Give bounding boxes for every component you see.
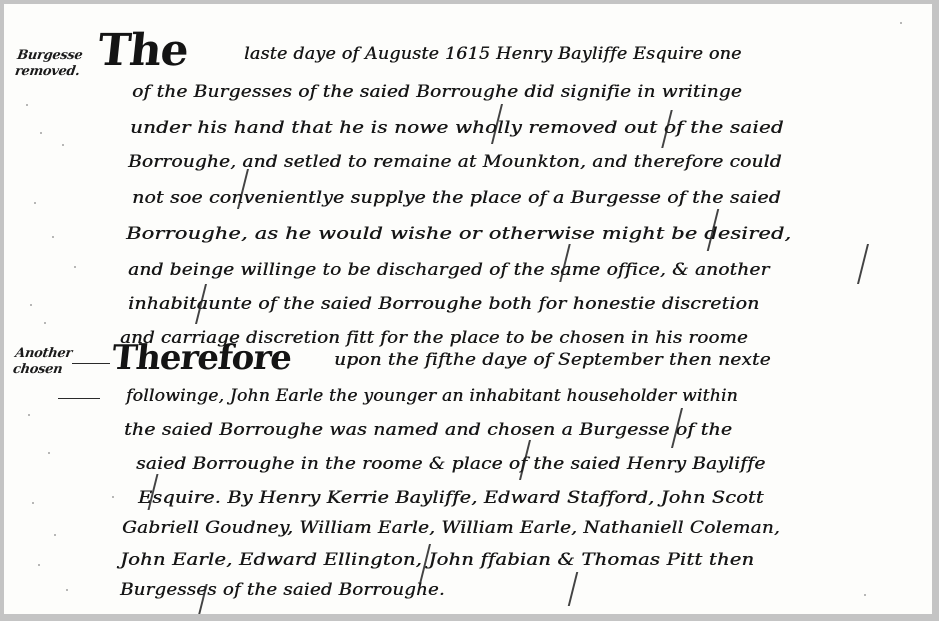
text-line: Burgesses of the saied Borroughe.	[120, 580, 445, 599]
margin-note-line: Burgesse	[16, 48, 83, 64]
initial-therefore: Therefore	[110, 338, 293, 378]
text-line: Gabriell Goudney, William Earle, William…	[122, 518, 780, 537]
text-line: inhabitaunte of the saied Borroughe both…	[128, 294, 759, 313]
margin-note-another-chosen: Another chosen	[12, 346, 73, 378]
text-line: Borroughe, and setled to remaine at Moun…	[128, 152, 782, 171]
text-line: Esquire. By Henry Kerrie Bayliffe, Edwar…	[138, 488, 764, 507]
initial-the: The	[95, 26, 190, 76]
manuscript-page: Burgesse removed. Another chosen The las…	[4, 4, 932, 614]
margin-note-line: chosen	[12, 362, 71, 378]
margin-note-line: Another	[14, 346, 73, 362]
text-line: not soe convenientlye supplye the place …	[132, 188, 781, 207]
text-line: of the Burgesses of the saied Borroughe …	[132, 82, 742, 101]
text-line: and beinge willinge to be discharged of …	[128, 260, 770, 279]
margin-leader-line	[58, 398, 100, 399]
text-line: saied Borroughe in the roome & place of …	[136, 454, 765, 473]
text-line: upon the fifthe daye of September then n…	[334, 350, 771, 369]
text-line: the saied Borroughe was named and chosen…	[124, 420, 732, 439]
text-line: John Earle, Edward Ellington, John ffabi…	[120, 550, 754, 569]
margin-note-line: removed.	[14, 64, 81, 80]
margin-note-burgesse-removed: Burgesse removed.	[14, 48, 84, 80]
margin-leader-line	[72, 363, 110, 364]
text-line: under his hand that he is nowe wholly re…	[130, 118, 784, 137]
text-line: followinge, John Earle the younger an in…	[126, 386, 738, 405]
text-line: Borroughe, as he would wishe or otherwis…	[126, 224, 791, 243]
text-line: laste daye of Auguste 1615 Henry Bayliff…	[244, 44, 742, 63]
